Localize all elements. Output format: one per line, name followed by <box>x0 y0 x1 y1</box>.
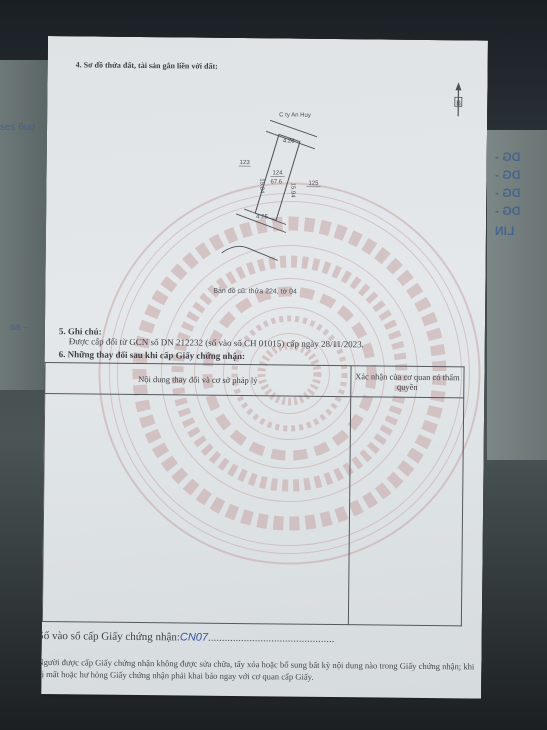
background-text: DG - <box>495 186 520 200</box>
edge-top-length: 4.28 <box>283 138 295 144</box>
registry-label: Số vào sổ cấp Giấy chứng nhận: <box>38 630 180 643</box>
north-arrow-icon: B <box>455 82 462 116</box>
north-label: B <box>456 100 461 107</box>
certificate-page: 4. Sơ đồ thửa đất, tài sản gắn liền với … <box>41 36 488 699</box>
registry-number-line: Số vào sổ cấp Giấy chứng nhận:CN07......… <box>38 630 335 645</box>
background-text: DG - <box>495 150 520 164</box>
authority-confirmation-cell <box>348 397 464 626</box>
column-header-change-content: Nội dung thay đổi và cơ sở pháp lý <box>45 362 351 396</box>
section-6-title: 6. Những thay đổi sau khi cấp Giấy chứng… <box>59 349 245 361</box>
background-surface-left: ses 6uọ sa – <box>0 60 50 390</box>
background-text: DG - <box>495 204 520 218</box>
old-map-reference: Bản đồ cũ: thửa 224, tờ 04 <box>213 288 297 296</box>
changes-table: Nội dung thay đổi và cơ sở pháp lý Xác n… <box>42 362 465 626</box>
edge-left-length: 15.84 <box>258 178 264 194</box>
background-text: DG - <box>495 168 520 182</box>
parcel-number: 124 <box>273 170 284 176</box>
column-header-authority-confirmation: Xác nhận của cơ quan có thẩm quyền <box>351 366 464 398</box>
right-neighbor-label: 125 <box>308 181 319 187</box>
edge-bottom-length: 4.25 <box>256 214 268 220</box>
parcel-area: 67.6 <box>270 179 282 185</box>
background-text: sa – <box>10 322 29 333</box>
top-neighbor-label: C ty An Huy <box>279 112 311 118</box>
background-surface-right: DG - DG - DG - DG - LIN <box>487 130 547 460</box>
background-text: ses 6uọ <box>0 122 35 133</box>
registry-dots: ........................................… <box>208 632 335 645</box>
background-text: LIN <box>495 224 514 238</box>
change-content-cell <box>42 393 350 624</box>
warning-notice: Người được cấp Giấy chứng nhận không đượ… <box>37 656 477 685</box>
section-5-title: 5. Ghi chú: <box>59 326 102 336</box>
edge-right-length: 15.94 <box>289 183 295 199</box>
left-neighbor-label: 123 <box>240 160 251 166</box>
registry-handwritten-number: CN07 <box>180 631 208 643</box>
